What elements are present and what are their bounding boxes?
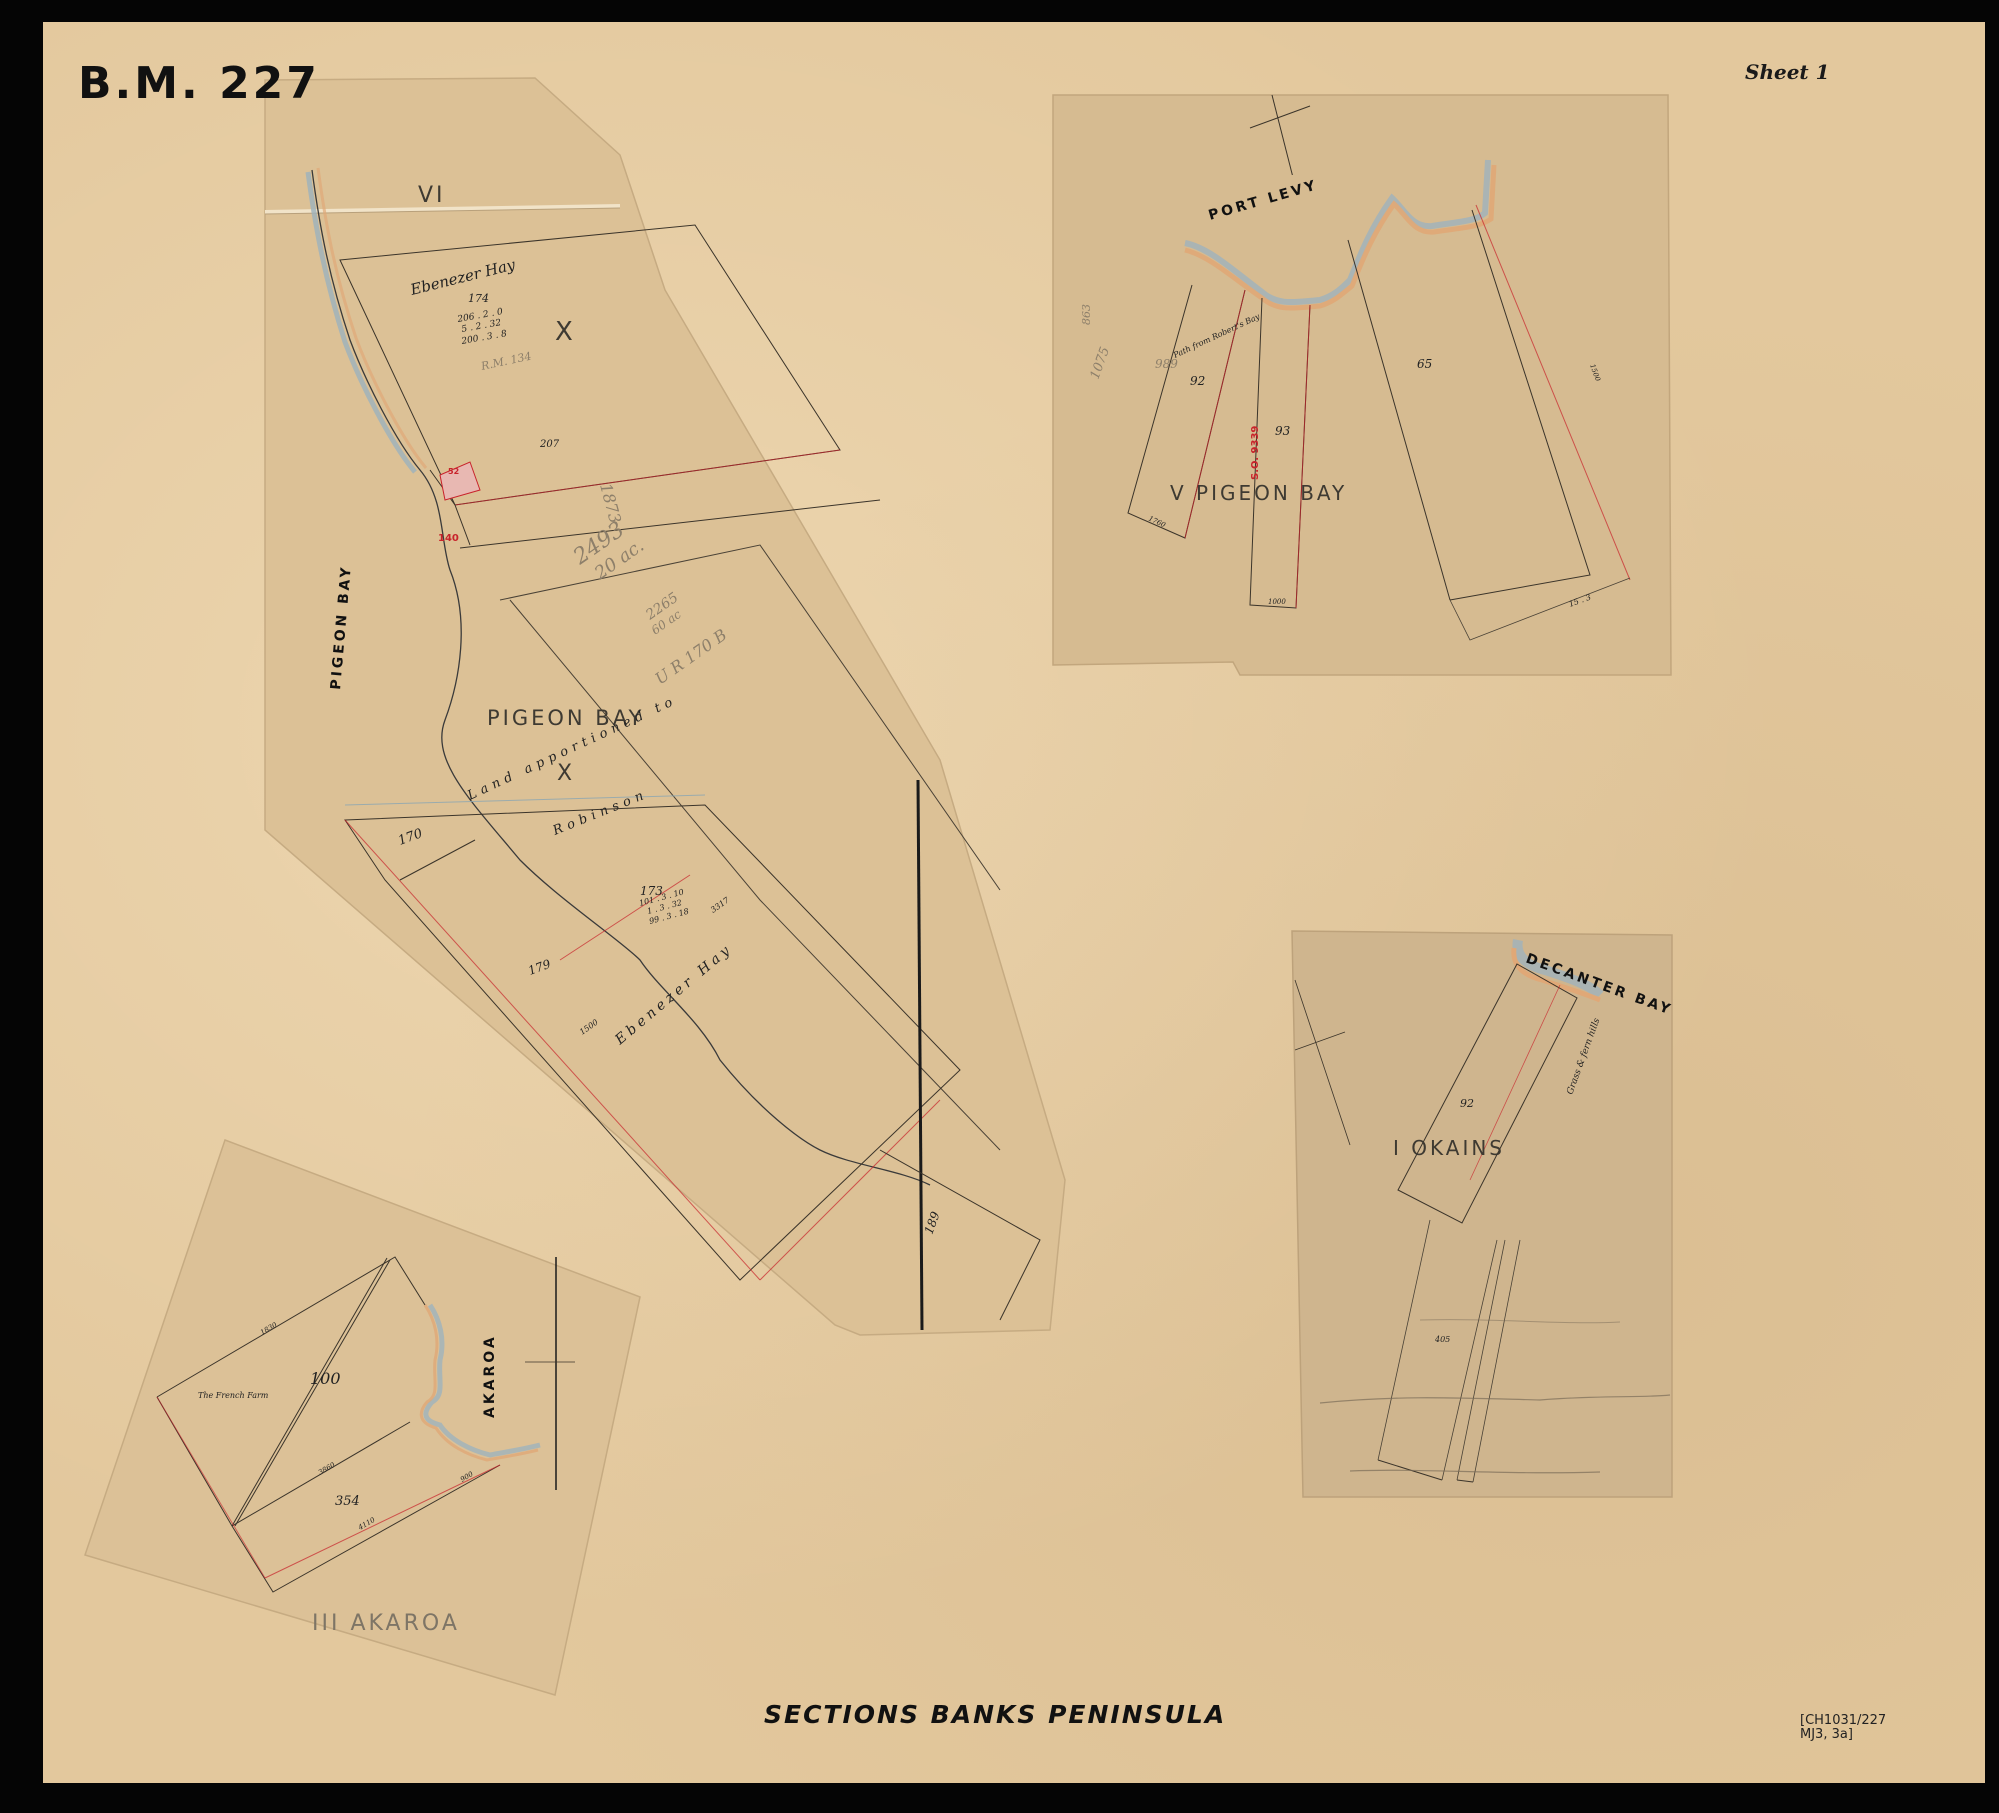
section-92-okains-label: 92 <box>1460 1097 1474 1110</box>
district-x-label: X <box>557 761 575 786</box>
section-207-label: 207 <box>539 439 560 450</box>
section-405-label: 405 <box>1434 1335 1450 1344</box>
okains-district-label: I OKAINS <box>1393 1136 1505 1160</box>
sheet-okains: DECANTER BAY 92 Grass & fern hills I OKA… <box>1292 931 1675 1497</box>
dim-1000-label: 1000 <box>1268 598 1286 606</box>
district-vi-label: VI <box>418 183 446 208</box>
sheet-akaroa: The French Farm 100 354 AKAROA 1830 3860… <box>85 1140 640 1695</box>
map-title: SECTIONS BANKS PENINSULA <box>764 1700 1226 1729</box>
akaroa-district-label: III AKAROA <box>312 1611 460 1636</box>
section-140-label: 140 <box>438 533 459 544</box>
sheet-port-levy: PORT LEVY 92 93 65 S.O. 9339 V PIGEON BA… <box>1053 95 1671 675</box>
section-92-label: 92 <box>1190 374 1205 388</box>
catalogue-ref-line1: [CH1031/227 <box>1800 1714 1886 1728</box>
section-174-label: 174 <box>468 292 489 305</box>
sheet-number-label: Sheet 1 <box>1745 60 1830 84</box>
french-farm-label: The French Farm <box>198 1391 269 1400</box>
map-reference-title: B.M. 227 <box>78 58 320 109</box>
section-52-label: 52 <box>448 467 459 476</box>
section-65-label: 65 <box>1417 357 1432 371</box>
map-board: VI X Ebenezer Hay 174 206 . 2 . 0 5 . 2 … <box>43 22 1985 1783</box>
map-canvas: VI X Ebenezer Hay 174 206 . 2 . 0 5 . 2 … <box>43 22 1985 1783</box>
akaroa-harbour-label: AKAROA <box>482 1334 498 1418</box>
so-9339-label: S.O. 9339 <box>1250 426 1261 480</box>
section-100-label: 100 <box>310 1369 341 1388</box>
catalogue-reference: [CH1031/227 MJ3, 3a] <box>1800 1714 1886 1742</box>
district-x-upper-label: X <box>555 317 576 347</box>
section-93-label: 93 <box>1275 424 1291 438</box>
catalogue-ref-line2: MJ3, 3a] <box>1800 1728 1886 1742</box>
section-354-label: 354 <box>335 1494 360 1509</box>
pencil-863-label: 863 <box>1080 304 1093 325</box>
sheet-pigeon-bay-main: VI X Ebenezer Hay 174 206 . 2 . 0 5 . 2 … <box>265 78 1065 1335</box>
pigeon-bay-v-label: V PIGEON BAY <box>1170 481 1347 505</box>
